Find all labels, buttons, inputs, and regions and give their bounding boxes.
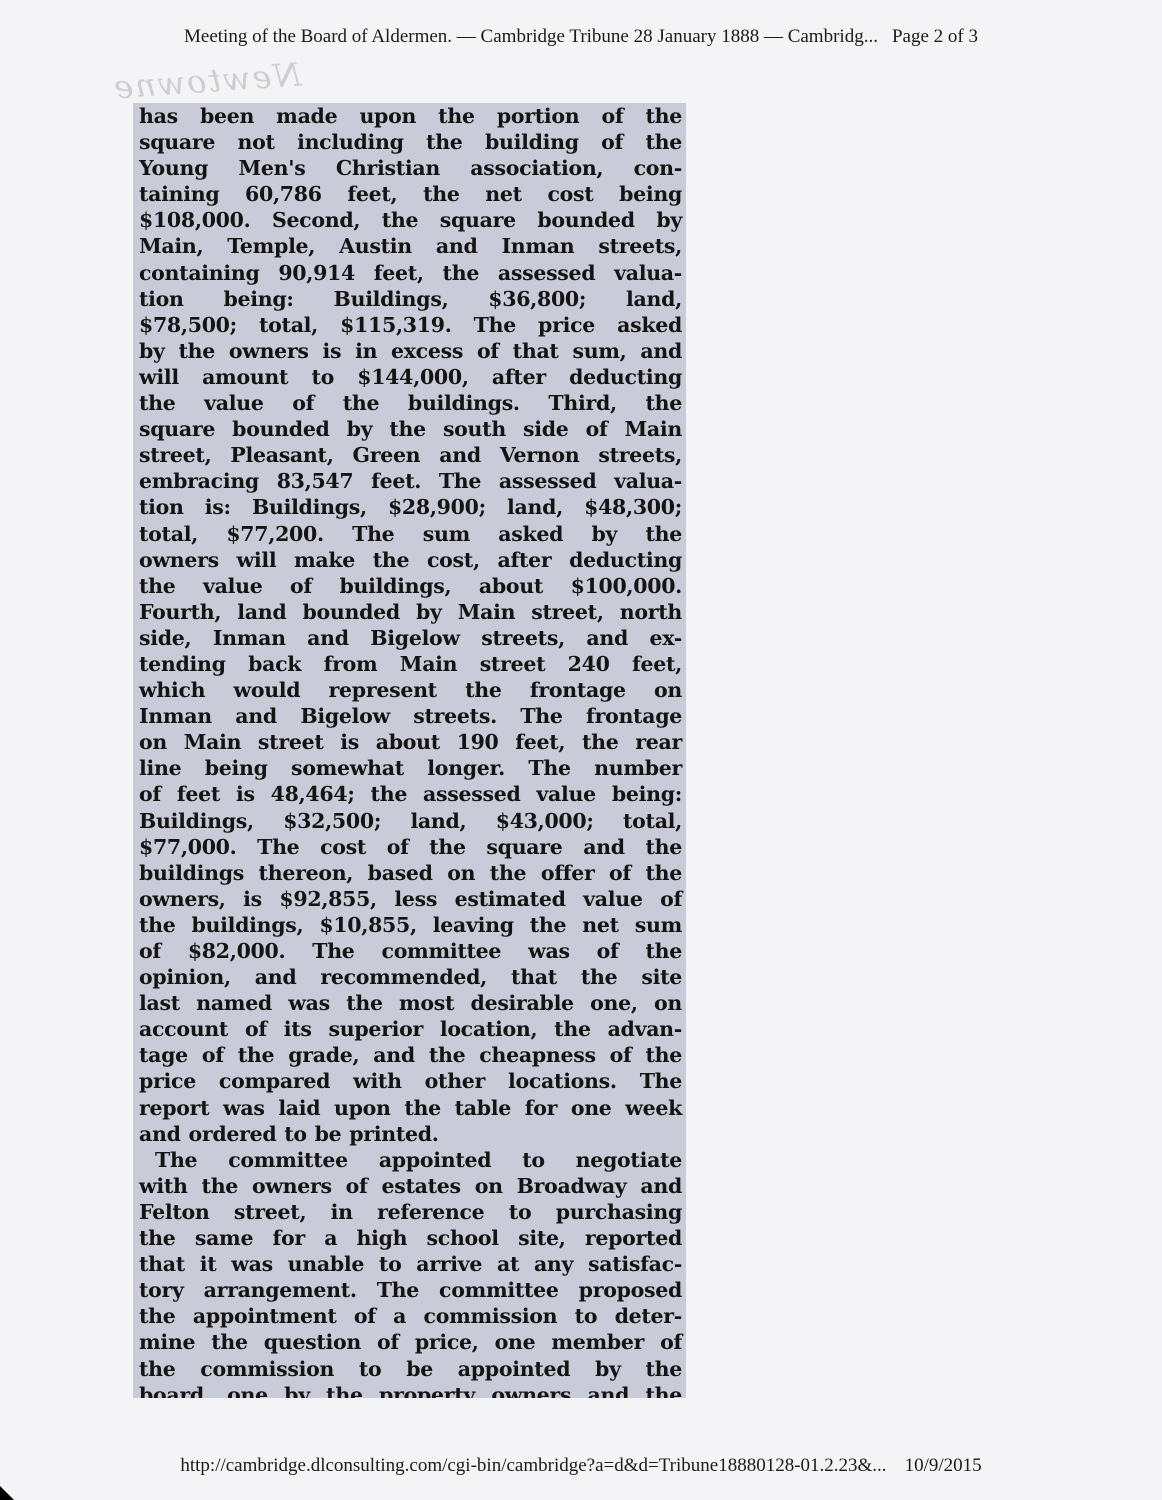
article-line: will amount to $144,000, after deducting	[139, 364, 682, 390]
document-title: Meeting of the Board of Aldermen. — Camb…	[184, 26, 878, 48]
article-line: $78,500; total, $115,319. The price aske…	[139, 312, 682, 338]
article-line: the value of buildings, about $100,000.	[139, 573, 682, 599]
article-line: and ordered to be printed.	[139, 1121, 682, 1147]
article-line: square bounded by the south side of Main	[139, 416, 682, 442]
article-line: last named was the most desirable one, o…	[139, 990, 682, 1016]
article-line: of feet is 48,464; the assessed value be…	[139, 781, 682, 807]
article-line: street, Pleasant, Green and Vernon stree…	[139, 442, 682, 468]
article-line: buildings thereon, based on the offer of…	[139, 860, 682, 886]
article-line: side, Inman and Bigelow streets, and ex-	[139, 625, 682, 651]
article-line: report was laid upon the table for one w…	[139, 1095, 682, 1121]
article-line: taining 60,786 feet, the net cost being	[139, 181, 682, 207]
article-line: tion being: Buildings, $36,800; land,	[139, 286, 682, 312]
article-line: owners will make the cost, after deducti…	[139, 547, 682, 573]
article-line: the appointment of a commission to deter…	[139, 1303, 682, 1329]
print-header: Meeting of the Board of Aldermen. — Camb…	[0, 26, 1162, 48]
print-footer: http://cambridge.dlconsulting.com/cgi-bi…	[0, 1455, 1162, 1477]
article-line: which would represent the frontage on	[139, 677, 682, 703]
article-line: square not including the building of the	[139, 129, 682, 155]
article-line: has been made upon the portion of the	[139, 103, 682, 129]
article-line: that it was unable to arrive at any sati…	[139, 1251, 682, 1277]
article-line: the value of the buildings. Third, the	[139, 390, 682, 416]
print-date: 10/9/2015	[905, 1455, 982, 1477]
article-line: line being somewhat longer. The number	[139, 755, 682, 781]
article-line: total, $77,200. The sum asked by the	[139, 521, 682, 547]
article-line: The committee appointed to negotiate	[139, 1147, 682, 1173]
article-line: $77,000. The cost of the square and the	[139, 834, 682, 860]
handwritten-annotation: Newtowne	[111, 55, 303, 106]
article-line: embracing 83,547 feet. The assessed valu…	[139, 468, 682, 494]
article-line: the same for a high school site, reporte…	[139, 1225, 682, 1251]
article-line: the buildings, $10,855, leaving the net …	[139, 912, 682, 938]
article-line: Inman and Bigelow streets. The frontage	[139, 703, 682, 729]
scan-corner-mark	[0, 1486, 14, 1500]
article-line: board, one by the property owners and th…	[139, 1382, 682, 1398]
article-line: $108,000. Second, the square bounded by	[139, 207, 682, 233]
article-line: tending back from Main street 240 feet,	[139, 651, 682, 677]
article-line: opinion, and recommended, that the site	[139, 964, 682, 990]
article-line: on Main street is about 190 feet, the re…	[139, 729, 682, 755]
article-line: tion is: Buildings, $28,900; land, $48,3…	[139, 494, 682, 520]
article-line: mine the question of price, one member o…	[139, 1329, 682, 1355]
newspaper-clipping: has been made upon the portion of thesqu…	[133, 103, 686, 1398]
article-line: price compared with other locations. The	[139, 1068, 682, 1094]
article-line: Felton street, in reference to purchasin…	[139, 1199, 682, 1225]
article-line: of $82,000. The committee was of the	[139, 938, 682, 964]
article-line: account of its superior location, the ad…	[139, 1016, 682, 1042]
article-line: the commission to be appointed by the	[139, 1356, 682, 1382]
page-indicator: Page 2 of 3	[892, 26, 978, 48]
article-line: owners, is $92,855, less estimated value…	[139, 886, 682, 912]
article-line: Young Men's Christian association, con-	[139, 155, 682, 181]
article-line: tage of the grade, and the cheapness of …	[139, 1042, 682, 1068]
source-url: http://cambridge.dlconsulting.com/cgi-bi…	[180, 1455, 886, 1477]
article-line: Main, Temple, Austin and Inman streets,	[139, 233, 682, 259]
article-line: Fourth, land bounded by Main street, nor…	[139, 599, 682, 625]
article-line: by the owners is in excess of that sum, …	[139, 338, 682, 364]
article-line: Buildings, $32,500; land, $43,000; total…	[139, 808, 682, 834]
article-line: with the owners of estates on Broadway a…	[139, 1173, 682, 1199]
article-line: containing 90,914 feet, the assessed val…	[139, 260, 682, 286]
article-line: tory arrangement. The committee proposed	[139, 1277, 682, 1303]
